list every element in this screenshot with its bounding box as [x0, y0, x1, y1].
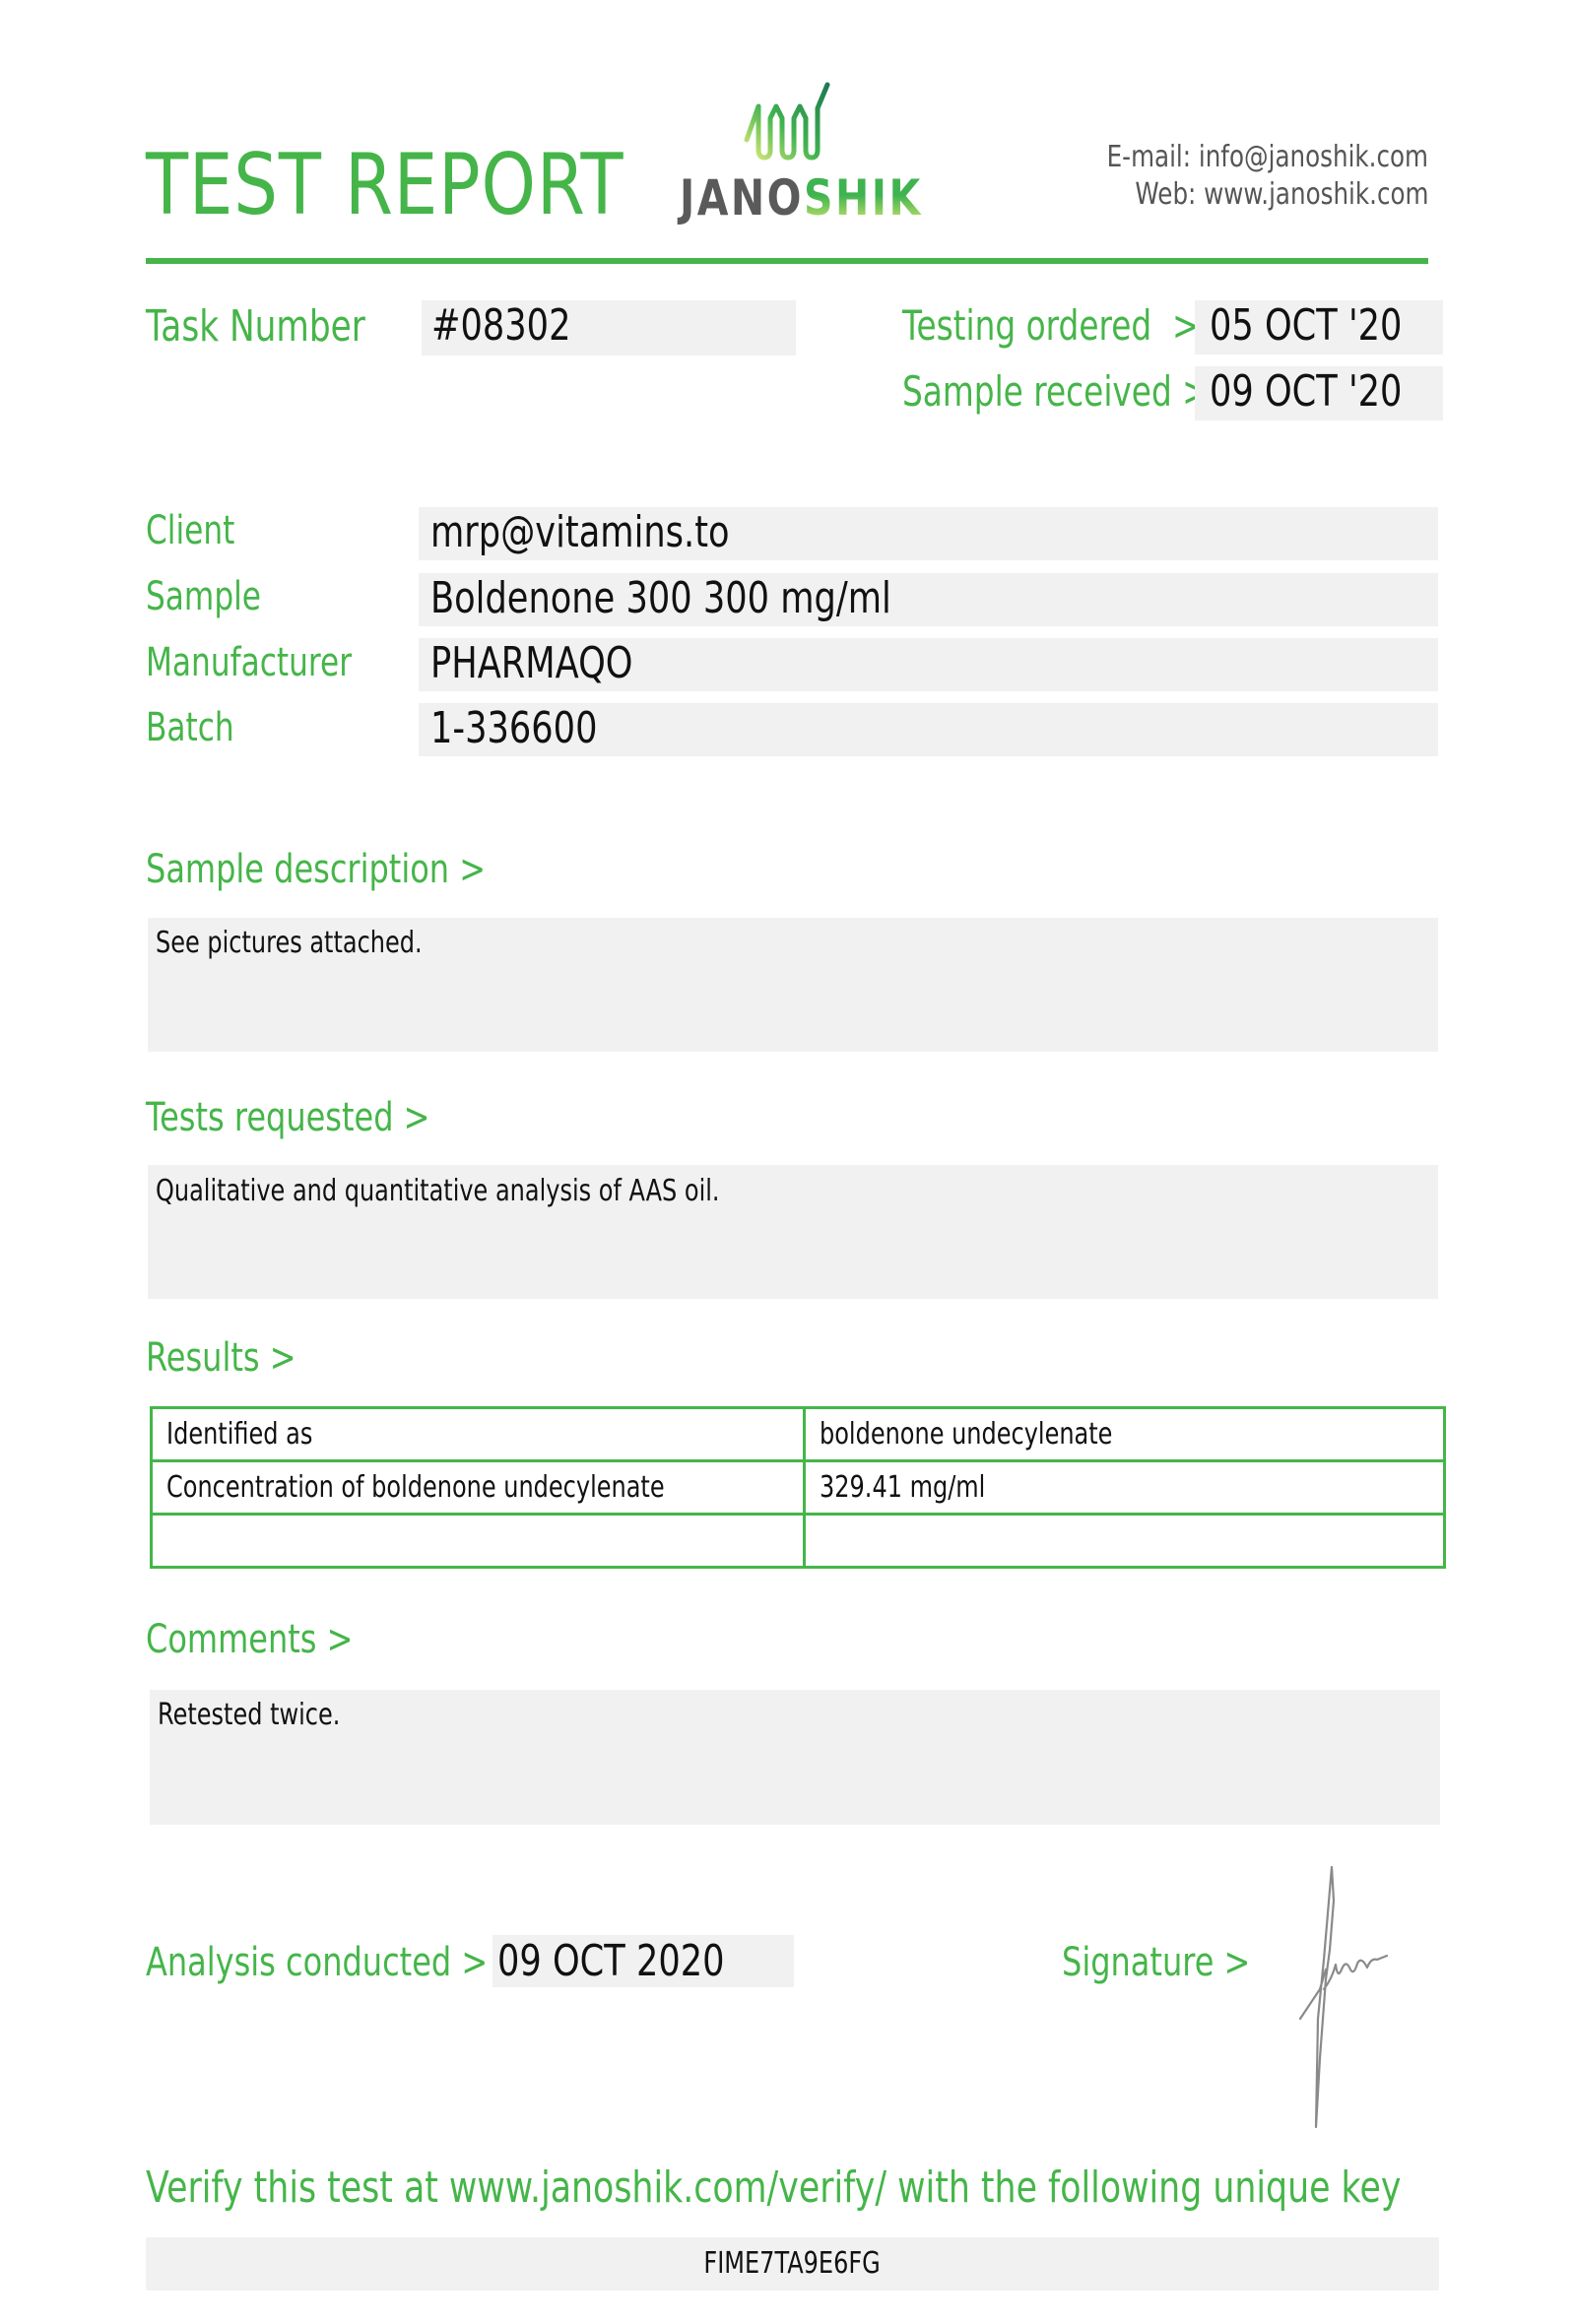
contact-web: Web: www.janoshik.com	[1071, 177, 1429, 212]
result-value-cell: 329.41 mg/ml	[805, 1461, 1445, 1515]
table-row	[152, 1515, 1445, 1568]
task-number-value: #08302	[431, 300, 606, 351]
header-divider	[146, 258, 1428, 264]
testing-ordered-value: 05 OCT '20	[1210, 300, 1450, 351]
table-row: Identified as boldenone undecylenate	[152, 1408, 1445, 1461]
table-row: Concentration of boldenone undecylenate …	[152, 1461, 1445, 1515]
comments-text: Retested twice.	[158, 1698, 386, 1732]
batch-value: 1-336600	[430, 703, 639, 753]
janoshik-logo: JANOSHIK	[680, 79, 906, 226]
manufacturer-value: PHARMAQO	[430, 638, 684, 688]
page-title: TEST REPORT	[146, 136, 729, 234]
handwritten-signature-icon	[1280, 1861, 1409, 2137]
result-label-cell: Concentration of boldenone undecylenate	[152, 1461, 805, 1515]
task-number-label: Task Number	[146, 301, 427, 352]
sample-received-value: 09 OCT '20	[1210, 366, 1450, 417]
sample-description-text: See pictures attached.	[156, 926, 489, 960]
sample-label: Sample	[146, 574, 294, 619]
manufacturer-label: Manufacturer	[146, 640, 410, 685]
contact-email: E-mail: info@janoshik.com	[1036, 140, 1428, 174]
signature-label: Signature >	[1062, 1940, 1297, 1985]
tests-requested-heading: Tests requested >	[146, 1095, 501, 1140]
result-value-cell: boldenone undecylenate	[805, 1408, 1445, 1461]
verification-key-value: FIME7TA9E6FG	[146, 2246, 1439, 2281]
results-table: Identified as boldenone undecylenate Con…	[150, 1406, 1446, 1569]
janoshik-chart-logo-icon	[739, 79, 837, 167]
client-label: Client	[146, 508, 260, 553]
sample-value: Boldenone 300 300 mg/ml	[430, 573, 1007, 623]
result-label-cell	[152, 1515, 805, 1568]
comments-heading: Comments >	[146, 1617, 405, 1662]
verify-instructions: Verify this test at www.janoshik.com/ver…	[146, 2163, 1576, 2213]
analysis-date-value: 09 OCT 2020	[497, 1936, 781, 1986]
result-value-cell	[805, 1515, 1445, 1568]
sample-description-heading: Sample description >	[146, 847, 570, 892]
tests-requested-text: Qualitative and quantitative analysis of…	[156, 1174, 861, 1208]
results-heading: Results >	[146, 1335, 334, 1381]
logo-wordmark: JANOSHIK	[680, 169, 976, 226]
batch-label: Batch	[146, 705, 259, 750]
client-value: mrp@vitamins.to	[430, 507, 804, 557]
result-label-cell: Identified as	[152, 1408, 805, 1461]
